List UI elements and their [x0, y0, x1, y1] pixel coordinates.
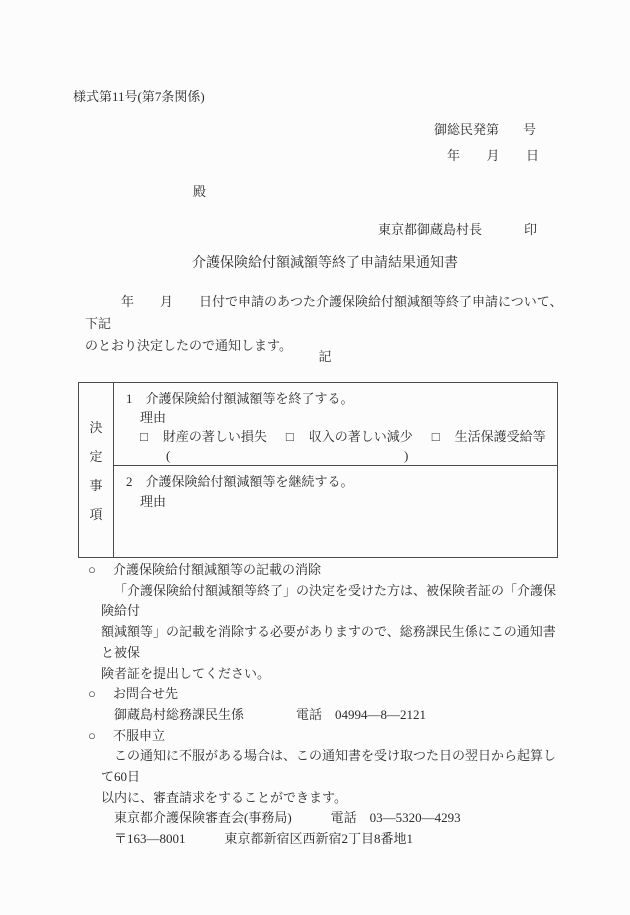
note-title: お問合せ先: [113, 684, 178, 705]
note-contact: ○ お問合せ先 御蔵島村総務課民生係 電話 04994―8―2121: [85, 684, 565, 725]
reason-option-2-label: 収入の著しい減少: [309, 427, 413, 446]
option-text: 介護保険給付額減額等を終了する。: [146, 391, 354, 406]
header-char: 項: [89, 504, 102, 523]
appeal-board-phone-line: 東京都介護保険審査会(事務局) 電話 03―5320―4293: [101, 808, 565, 829]
circle-marker-icon: ○: [88, 684, 101, 705]
checkbox-icon: □: [286, 427, 294, 446]
note-body: この通知に不服がある場合は、この通知書を受け取つた日の翌日から起算して60日 以…: [85, 746, 565, 850]
doc-no-suffix: 号: [523, 119, 536, 138]
option-number: 2: [126, 474, 133, 489]
note-title: 介護保険給付額減額等の記載の消除: [113, 560, 321, 581]
record-heading: 記: [85, 346, 565, 365]
reason-option-2: □ 収入の著しい減少: [286, 427, 413, 446]
date-month-label: 月: [486, 145, 499, 164]
reason-label: 理由: [126, 408, 557, 427]
seal-mark: 印: [524, 219, 537, 238]
checkbox-icon: □: [140, 427, 148, 446]
note-record-deletion: ○ 介護保険給付額減額等の記載の消除 「介護保険給付額減額等終了」の決定を受けた…: [85, 560, 565, 684]
note-line: 「介護保険給付額減額等終了」の決定を受けた方は、被保険者証の「介護保険給付: [101, 581, 565, 622]
note-title-row: ○ 介護保険給付額減額等の記載の消除: [85, 560, 565, 581]
issue-date-line: 年 月 日: [447, 145, 539, 164]
checkbox-icon: □: [432, 427, 440, 446]
addressee-honorific: 殿: [193, 181, 206, 200]
note-line: 険者証を提出してください。: [101, 664, 565, 685]
note-appeal: ○ 不服申立 この通知に不服がある場合は、この通知書を受け取つた日の翌日から起算…: [85, 726, 565, 850]
note-line: この通知に不服がある場合は、この通知書を受け取つた日の翌日から起算して60日: [101, 746, 565, 787]
note-title-row: ○ 不服申立: [85, 726, 565, 747]
decision-table-body: 1介護保険給付額減額等を終了する。 理由 □ 財産の著しい損失 □ 収入の著しい…: [114, 383, 557, 557]
decision-option-1-statement: 1介護保険給付額減額等を終了する。: [126, 389, 557, 408]
document-number-line: 御総民発第 号: [434, 119, 536, 138]
note-body: 「介護保険給付額減額等終了」の決定を受けた方は、被保険者証の「介護保険給付 額減…: [85, 581, 565, 685]
decision-option-2-cell: 2介護保険給付額減額等を継続する。 理由: [114, 466, 557, 557]
note-title: 不服申立: [113, 726, 165, 747]
header-char: 定: [89, 446, 102, 465]
reason-option-3: □ 生活保護受給等: [432, 427, 546, 446]
decision-table: 決 定 事 項 1介護保険給付額減額等を終了する。 理由 □ 財産の著しい損失 …: [78, 382, 558, 558]
reason-label: 理由: [126, 492, 557, 512]
reason-fill-in-blank: ( ): [126, 446, 557, 465]
decision-option-2-statement: 2介護保険給付額減額等を継続する。: [126, 472, 557, 492]
form-number: 様式第11号(第7条関係): [73, 86, 205, 105]
note-line: 以内に、審査請求をすることができます。: [101, 788, 565, 809]
paren-close: ): [404, 446, 408, 465]
document-title: 介護保険給付額減額等終了申請結果通知書: [85, 252, 565, 272]
date-day-label: 日: [526, 145, 539, 164]
doc-no-prefix: 御総民発第: [434, 119, 499, 138]
reason-option-1: □ 財産の著しい損失: [140, 427, 267, 446]
note-title-row: ○ お問合せ先: [85, 684, 565, 705]
reason-options: □ 財産の著しい損失 □ 収入の著しい減少 □ 生活保護受給等: [126, 427, 557, 446]
paren-open: (: [166, 446, 170, 465]
header-char: 決: [89, 417, 102, 436]
decision-option-1-cell: 1介護保険給付額減額等を終了する。 理由 □ 財産の著しい損失 □ 収入の著しい…: [114, 383, 557, 466]
contact-phone-line: 御蔵島村総務課民生係 電話 04994―8―2121: [101, 705, 565, 726]
issuer-name: 東京都御蔵島村長: [378, 219, 482, 238]
issuer-line: 東京都御蔵島村長 印: [378, 219, 537, 238]
notes-section: ○ 介護保険給付額減額等の記載の消除 「介護保険給付額減額等終了」の決定を受けた…: [85, 560, 565, 850]
header-char: 事: [89, 475, 102, 494]
option-text: 介護保険給付額減額等を継続する。: [146, 474, 354, 489]
circle-marker-icon: ○: [88, 560, 101, 581]
option-number: 1: [126, 391, 133, 406]
appeal-board-address-line: 〒163―8001 東京都新宿区西新宿2丁目8番地1: [101, 829, 565, 850]
decision-table-vertical-header: 決 定 事 項: [79, 383, 114, 557]
note-body: 御蔵島村総務課民生係 電話 04994―8―2121: [85, 705, 565, 726]
reason-option-1-label: 財産の著しい損失: [163, 427, 267, 446]
date-year-label: 年: [447, 145, 460, 164]
body-line-1: 年 月 日付で申請のあつた介護保険給付額減額等終了申請について、下記: [85, 291, 563, 335]
circle-marker-icon: ○: [88, 726, 101, 747]
reason-option-3-label: 生活保護受給等: [455, 427, 546, 446]
note-line: 額減額等」の記載を消除する必要がありますので、総務課民生係にこの通知書と被保: [101, 622, 565, 663]
document-page: 様式第11号(第7条関係) 御総民発第 号 年 月 日 殿 東京都御蔵島村長 印…: [0, 0, 630, 915]
